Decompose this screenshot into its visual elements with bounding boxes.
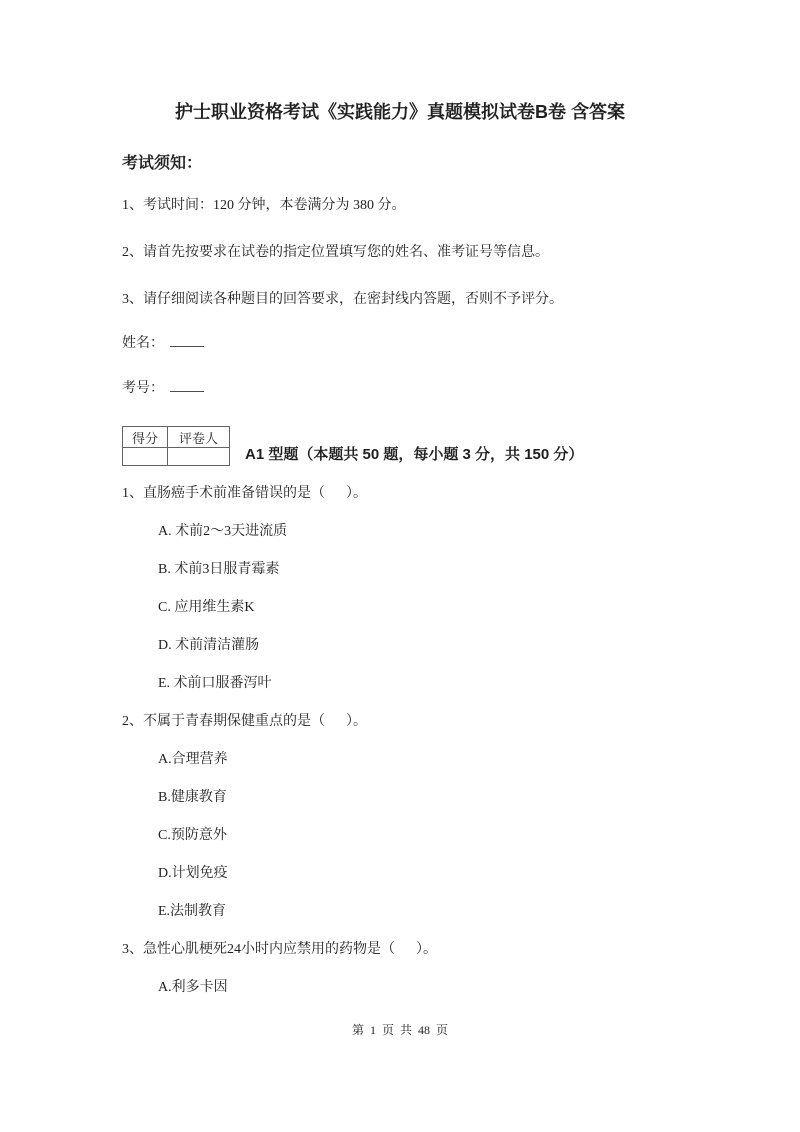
name-blank-line [170,333,204,347]
question-list: 1、直肠癌手术前准备错误的是（ ）。 A. 术前2～3天进流质 B. 术前3日服… [122,484,710,998]
question-2-option-b: B.健康教育 [158,788,710,808]
exam-document-page: 护士职业资格考试《实践能力》真题模拟试卷B卷 含答案 考试须知： 1、考试时间：… [0,0,800,1132]
grader-column-header: 评卷人 [168,427,230,448]
exam-no-label: 考号： [122,381,164,396]
page-title: 护士职业资格考试《实践能力》真题模拟试卷B卷 含答案 [0,100,800,124]
question-2-option-c: C.预防意外 [158,826,710,846]
exam-no-field-line: 考号： [122,378,710,399]
score-table-header-row: 得分 评卷人 [123,427,230,448]
score-section: 得分 评卷人 A1 型题（本题共 50 题，每小题 3 分，共 150 分） [122,426,710,466]
question-3-option-a: A.利多卡因 [158,978,710,998]
page-footer: 第 1 页 共 48 页 [0,1022,800,1038]
question-text: 2、不属于青春期保健重点的是（ ）。 [122,712,710,732]
score-column-header: 得分 [123,427,168,448]
score-empty-cell [123,448,168,466]
question-1-option-e: E. 术前口服番泻叶 [158,674,710,694]
score-table: 得分 评卷人 [122,426,230,466]
question-3: 3、急性心肌梗死24小时内应禁用的药物是（ ）。 A.利多卡因 [122,940,710,998]
grader-empty-cell [168,448,230,466]
page-content: 考试须知： 1、考试时间：120 分钟，本卷满分为 380 分。 2、请首先按要… [0,153,800,998]
question-1: 1、直肠癌手术前准备错误的是（ ）。 A. 术前2～3天进流质 B. 术前3日服… [122,484,710,694]
section-a1-heading: A1 型题（本题共 50 题，每小题 3 分，共 150 分） [245,444,583,466]
name-label: 姓名： [122,336,164,351]
question-1-option-c: C. 应用维生素K [158,598,710,618]
score-table-empty-row [123,448,230,466]
notice-item-2: 2、请首先按要求在试卷的指定位置填写您的姓名、准考证号等信息。 [122,243,710,263]
exam-no-blank-line [170,378,204,392]
notice-item-1: 1、考试时间：120 分钟，本卷满分为 380 分。 [122,196,710,216]
question-text: 3、急性心肌梗死24小时内应禁用的药物是（ ）。 [122,940,710,960]
question-2-option-d: D.计划免疫 [158,864,710,884]
name-field-line: 姓名： [122,333,710,354]
notice-heading: 考试须知： [122,153,710,175]
notice-item-3: 3、请仔细阅读各种题目的回答要求，在密封线内答题，否则不予评分。 [122,290,710,310]
question-2-option-e: E.法制教育 [158,902,710,922]
question-1-option-a: A. 术前2～3天进流质 [158,522,710,542]
question-1-option-b: B. 术前3日服青霉素 [158,560,710,580]
question-2: 2、不属于青春期保健重点的是（ ）。 A.合理营养 B.健康教育 C.预防意外 … [122,712,710,922]
question-2-option-a: A.合理营养 [158,750,710,770]
question-text: 1、直肠癌手术前准备错误的是（ ）。 [122,484,710,504]
question-1-option-d: D. 术前清洁灌肠 [158,636,710,656]
